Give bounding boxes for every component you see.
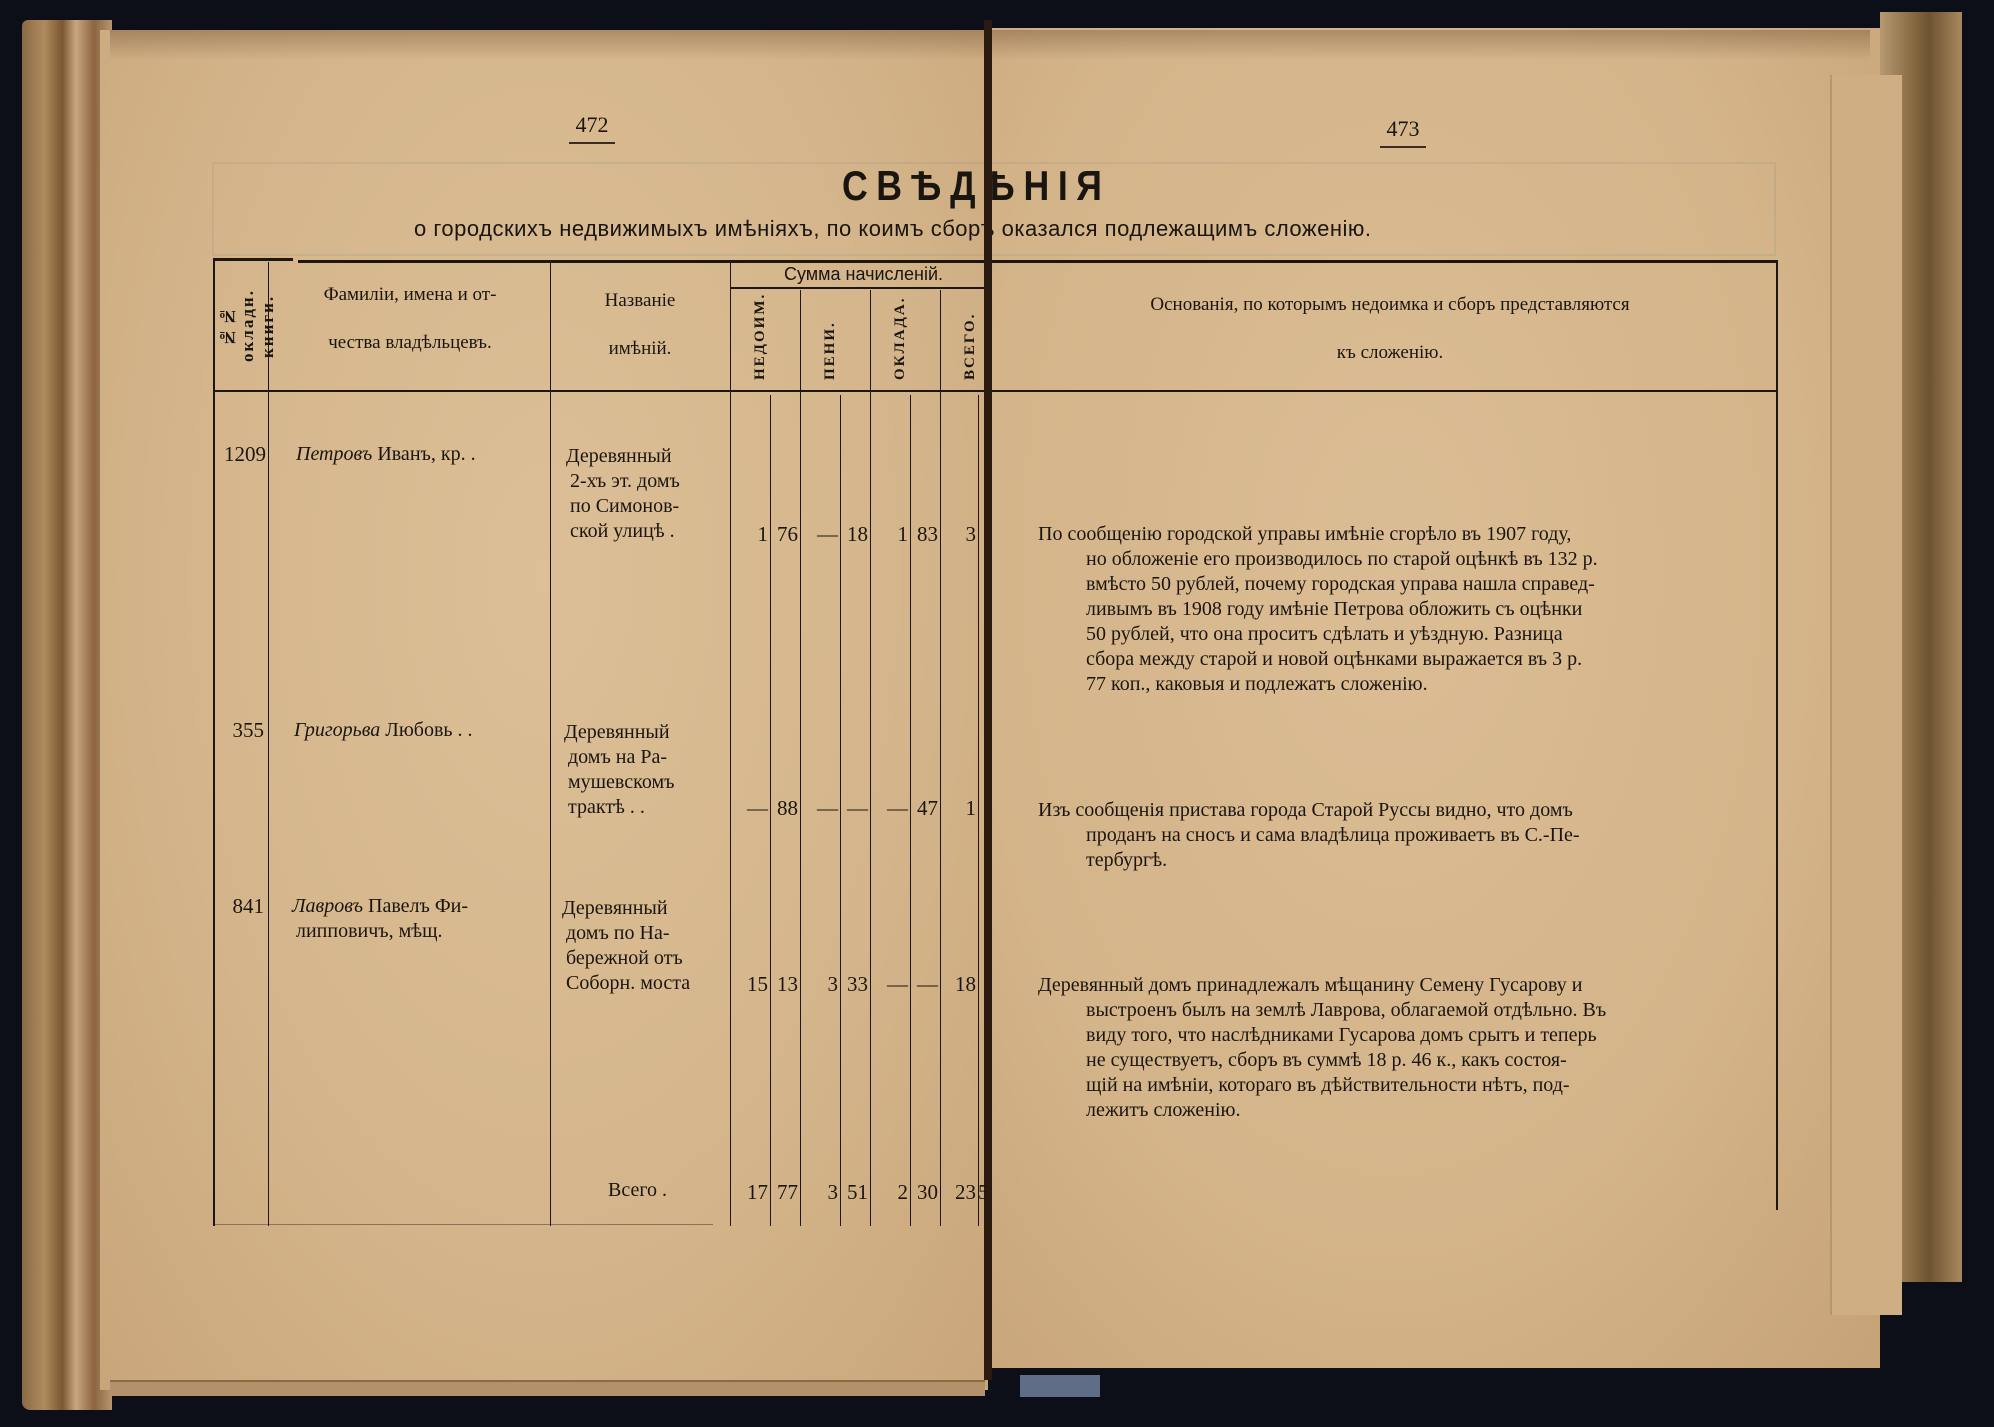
property-line: домъ по На- — [562, 921, 728, 946]
header-peni: ПЕНИ. — [822, 330, 839, 380]
vsego-rub: 1 — [942, 796, 976, 821]
property-line: трактѣ . . — [564, 795, 724, 820]
reason-line: не существуетъ, сборъ въ суммѣ 18 р. 46 … — [1038, 1048, 1728, 1073]
book-spine — [984, 20, 992, 1380]
owner-surname: Григорьва — [294, 719, 380, 741]
page-number-right: 473 — [1373, 116, 1433, 148]
col-divider — [800, 290, 801, 1226]
header-reasons-line1: Основанія, по которымъ недоимка и сборъ … — [1040, 292, 1740, 318]
header-nedoim: НЕДОИМ. — [752, 302, 769, 380]
col-divider — [940, 290, 941, 1226]
oklada-kop: 83 — [912, 522, 938, 547]
reason-line: 77 коп., каковыя и подлежатъ сложенію. — [1038, 672, 1728, 697]
vsego-rub: 3 — [942, 522, 976, 547]
owner-given: Иванъ, кр. . — [377, 443, 475, 465]
header-owner-line2: чества владѣльцевъ. — [272, 330, 548, 356]
nedoim-rub: 15 — [732, 972, 768, 997]
property-line: домъ на Ра- — [564, 745, 724, 770]
row-owner: Лавровъ Павелъ Фи- липповичъ, мѣщ. — [292, 894, 548, 944]
header-book-number: №№ окладн. книги. — [218, 266, 264, 386]
peni-kop: — — [842, 796, 868, 821]
reason-line: щій на имѣніи, котораго въ дѣйствительно… — [1038, 1073, 1728, 1098]
property-line: Деревянный — [566, 444, 726, 469]
reason-line: вмѣсто 50 рублей, почему городская управ… — [1038, 572, 1728, 597]
book-left-edge — [22, 20, 112, 1410]
owner-surname: Лавровъ — [292, 895, 363, 917]
peni-rub: — — [802, 522, 838, 547]
reason-line: Изъ сообщенія пристава города Старой Рус… — [1038, 798, 1728, 823]
table-bottom-edge — [213, 1224, 713, 1225]
table-right-border — [1776, 260, 1778, 1210]
owner-line2: липповичъ, мѣщ. — [292, 919, 548, 944]
header-property-line2: имѣній. — [552, 336, 728, 362]
col-divider — [550, 262, 551, 1226]
header-property: Названіе имѣній. — [552, 288, 728, 361]
oklada-kop: 47 — [912, 796, 938, 821]
row-number: 355 — [214, 718, 264, 743]
owner-given: Любовь . . — [385, 719, 472, 741]
header-reasons-line2: къ сложенію. — [1040, 340, 1740, 366]
property-line: Деревянный — [562, 896, 728, 921]
reason-line: 50 рублей, что она проситъ сдѣлать и уѣз… — [1038, 622, 1728, 647]
property-line: ской улицѣ . — [566, 519, 726, 544]
reason-line: выстроенъ былъ на землѣ Лаврова, облагае… — [1038, 998, 1728, 1023]
peni-rub: — — [802, 796, 838, 821]
property-line: бережной отъ — [562, 946, 728, 971]
nedoim-rub: — — [732, 796, 768, 821]
col-divider — [730, 262, 731, 1226]
bottom-page-edges — [110, 1380, 985, 1396]
vsego-rub: 18 — [942, 972, 976, 997]
header-bottom-rule — [213, 390, 1778, 392]
row-property: Деревянный 2-хъ эт. домъ по Симонов- ско… — [566, 444, 726, 544]
oklada-rub: — — [872, 972, 908, 997]
kop-divider — [910, 395, 911, 1226]
peni-kop: 18 — [842, 522, 868, 547]
row-number: 841 — [214, 894, 264, 919]
reason-line: По сообщенію городской управы имѣніе сго… — [1038, 522, 1728, 547]
owner-given: Павелъ Фи- — [368, 895, 468, 917]
spine-tape — [1020, 1375, 1100, 1397]
header-property-line1: Названіе — [552, 288, 728, 314]
property-line: мушевскомъ — [564, 770, 724, 795]
oklada-rub: 1 — [872, 522, 908, 547]
nedoim-kop: 13 — [772, 972, 798, 997]
row-property: Деревянный домъ по На- бережной отъ Собо… — [562, 896, 728, 996]
oklada-rub: — — [872, 796, 908, 821]
total-peni-kop: 51 — [842, 1180, 868, 1205]
total-label: Всего . — [608, 1178, 728, 1203]
row-reason: Деревянный домъ принадлежалъ мѣщанину Се… — [1038, 973, 1728, 1123]
row-owner: Григорьва Любовь . . — [294, 718, 544, 743]
header-reasons: Основанія, по которымъ недоимка и сборъ … — [1040, 292, 1740, 365]
property-line: по Симонов- — [566, 494, 726, 519]
reason-line: проданъ на сносъ и сама владѣлица прожив… — [1038, 823, 1728, 848]
reason-line: лежитъ сложенію. — [1038, 1098, 1728, 1123]
reason-line: но обложеніе его производилось по старой… — [1038, 547, 1728, 572]
document-title: СВѢДѢНІЯ — [842, 162, 1110, 210]
header-owner-line1: Фамиліи, имена и от- — [272, 282, 548, 308]
row-reason: Изъ сообщенія пристава города Старой Рус… — [1038, 798, 1728, 873]
property-line: Соборн. моста — [562, 971, 728, 996]
nedoim-kop: 88 — [772, 796, 798, 821]
nedoim-rub: 1 — [732, 522, 768, 547]
peni-rub: 3 — [802, 972, 838, 997]
total-oklada-kop: 30 — [912, 1180, 938, 1205]
col-divider — [870, 290, 871, 1226]
header-owner: Фамиліи, имена и от- чества владѣльцевъ. — [272, 282, 548, 355]
total-nedoim-kop: 77 — [772, 1180, 798, 1205]
oklada-kop: — — [912, 972, 938, 997]
table-top-rule — [213, 258, 293, 261]
kop-divider — [978, 395, 979, 1226]
kop-divider — [770, 395, 771, 1226]
reason-line: Деревянный домъ принадлежалъ мѣщанину Се… — [1038, 973, 1728, 998]
row-reason: По сообщенію городской управы имѣніе сго… — [1038, 522, 1728, 697]
total-vsego-rub: 23 — [942, 1180, 976, 1205]
row-property: Деревянный домъ на Ра- мушевскомъ трактѣ… — [564, 720, 724, 820]
header-vsego: ВСЕГО. — [962, 330, 979, 380]
total-vsego-kop: 5 — [978, 1180, 986, 1205]
sums-subheader-rule — [730, 287, 985, 289]
row-owner: Петровъ Иванъ, кр. . — [296, 442, 546, 467]
header-sums-group: Сумма начисленій. — [784, 264, 943, 285]
property-line: 2-хъ эт. домъ — [566, 469, 726, 494]
reason-line: тербургѣ. — [1038, 848, 1728, 873]
reason-line: сбора между старой и новой оцѣнками выра… — [1038, 647, 1728, 672]
property-line: Деревянный — [564, 720, 724, 745]
reason-line: виду того, что наслѣдниками Гусарова дом… — [1038, 1023, 1728, 1048]
total-oklada-rub: 2 — [872, 1180, 908, 1205]
col-divider — [268, 262, 269, 1226]
total-peni-rub: 3 — [802, 1180, 838, 1205]
kop-divider — [840, 395, 841, 1226]
nedoim-kop: 76 — [772, 522, 798, 547]
total-nedoim-rub: 17 — [732, 1180, 768, 1205]
peni-kop: 33 — [842, 972, 868, 997]
header-oklada: ОКЛАДА. — [892, 312, 909, 380]
page-number-left: 472 — [562, 112, 622, 144]
document-subtitle: о городскихъ недвижимыхъ имѣніяхъ, по ко… — [414, 216, 1372, 242]
table-top-rule — [298, 260, 1778, 263]
reason-line: ливымъ въ 1908 году имѣніе Петрова облож… — [1038, 597, 1728, 622]
right-page-fold — [1830, 75, 1902, 1315]
row-number: 1209 — [214, 442, 266, 467]
owner-surname: Петровъ — [296, 443, 372, 465]
